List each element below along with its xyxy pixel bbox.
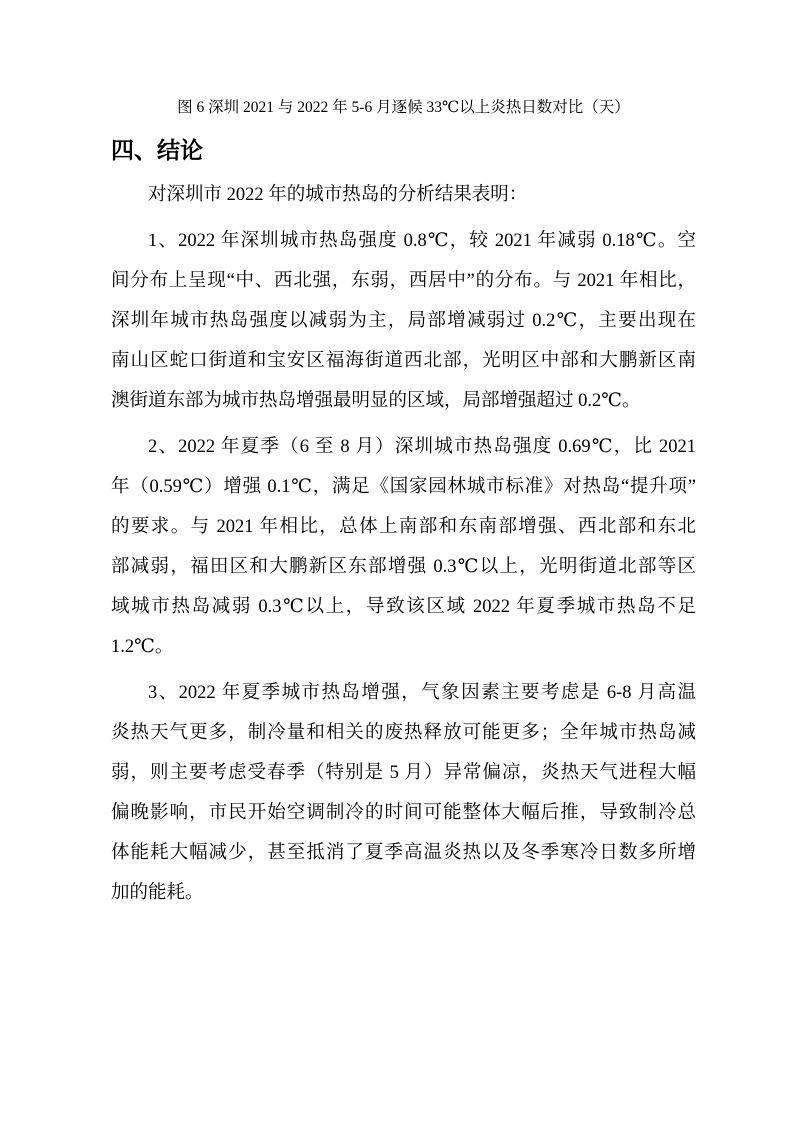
paragraph-line: 1.2℃。 xyxy=(111,627,696,667)
body-paragraph: 2、2022 年夏季（6 至 8 月）深圳城市热岛强度 0.69℃，比 2021… xyxy=(111,427,696,667)
intro-paragraph: 对深圳市 2022 年的城市热岛的分析结果表明： xyxy=(111,175,696,215)
paragraph-line: 1、2022 年深圳城市热岛强度 0.8℃，较 2021 年减弱 0.18℃。空 xyxy=(111,221,696,261)
paragraph-line: 3、2022 年夏季城市热岛增强，气象因素主要考虑是 6-8 月高温 xyxy=(111,673,696,713)
paragraph-line: 域城市热岛减弱 0.3℃以上，导致该区域 2022 年夏季城市热岛不足 xyxy=(111,587,696,627)
paragraph-line: 2、2022 年夏季（6 至 8 月）深圳城市热岛强度 0.69℃，比 2021 xyxy=(111,427,696,467)
paragraph-line: 间分布上呈现“中、西北强，东弱，西居中”的分布。与 2021 年相比， xyxy=(111,261,696,301)
document-page: 图 6 深圳 2021 与 2022 年 5-6 月逐候 33℃以上炎热日数对比… xyxy=(0,0,800,1132)
paragraph-line: 南山区蛇口街道和宝安区福海街道西北部，光明区中部和大鹏新区南 xyxy=(111,341,696,381)
paragraph-line: 澳街道东部为城市热岛增强最明显的区域，局部增强超过 0.2℃。 xyxy=(111,381,696,421)
paragraph-line: 部减弱，福田区和大鹏新区东部增强 0.3℃以上，光明街道北部等区 xyxy=(111,547,696,587)
section-heading: 四、结论 xyxy=(111,135,696,167)
paragraph-line: 年（0.59℃）增强 0.1℃，满足《国家园林城市标准》对热岛“提升项” xyxy=(111,467,696,507)
paragraph-line: 体能耗大幅减少，甚至抵消了夏季高温炎热以及冬季寒冷日数多所增 xyxy=(111,833,696,873)
figure-caption: 图 6 深圳 2021 与 2022 年 5-6 月逐候 33℃以上炎热日数对比… xyxy=(111,97,696,119)
paragraph-line: 的要求。与 2021 年相比，总体上南部和东南部增强、西北部和东北 xyxy=(111,507,696,547)
body-paragraph: 3、2022 年夏季城市热岛增强，气象因素主要考虑是 6-8 月高温炎热天气更多… xyxy=(111,673,696,913)
body-paragraphs: 1、2022 年深圳城市热岛强度 0.8℃，较 2021 年减弱 0.18℃。空… xyxy=(111,221,696,913)
paragraph-line: 加的能耗。 xyxy=(111,873,696,913)
document-content: 图 6 深圳 2021 与 2022 年 5-6 月逐候 33℃以上炎热日数对比… xyxy=(111,97,696,913)
paragraph-line: 深圳年城市热岛强度以减弱为主，局部增减弱过 0.2℃，主要出现在 xyxy=(111,301,696,341)
paragraph-line: 炎热天气更多，制冷量和相关的废热释放可能更多；全年城市热岛减 xyxy=(111,713,696,753)
paragraph-line: 弱，则主要考虑受春季（特别是 5 月）异常偏凉，炎热天气进程大幅 xyxy=(111,753,696,793)
paragraph-line: 偏晚影响，市民开始空调制冷的时间可能整体大幅后推，导致制冷总 xyxy=(111,793,696,833)
body-paragraph: 1、2022 年深圳城市热岛强度 0.8℃，较 2021 年减弱 0.18℃。空… xyxy=(111,221,696,421)
